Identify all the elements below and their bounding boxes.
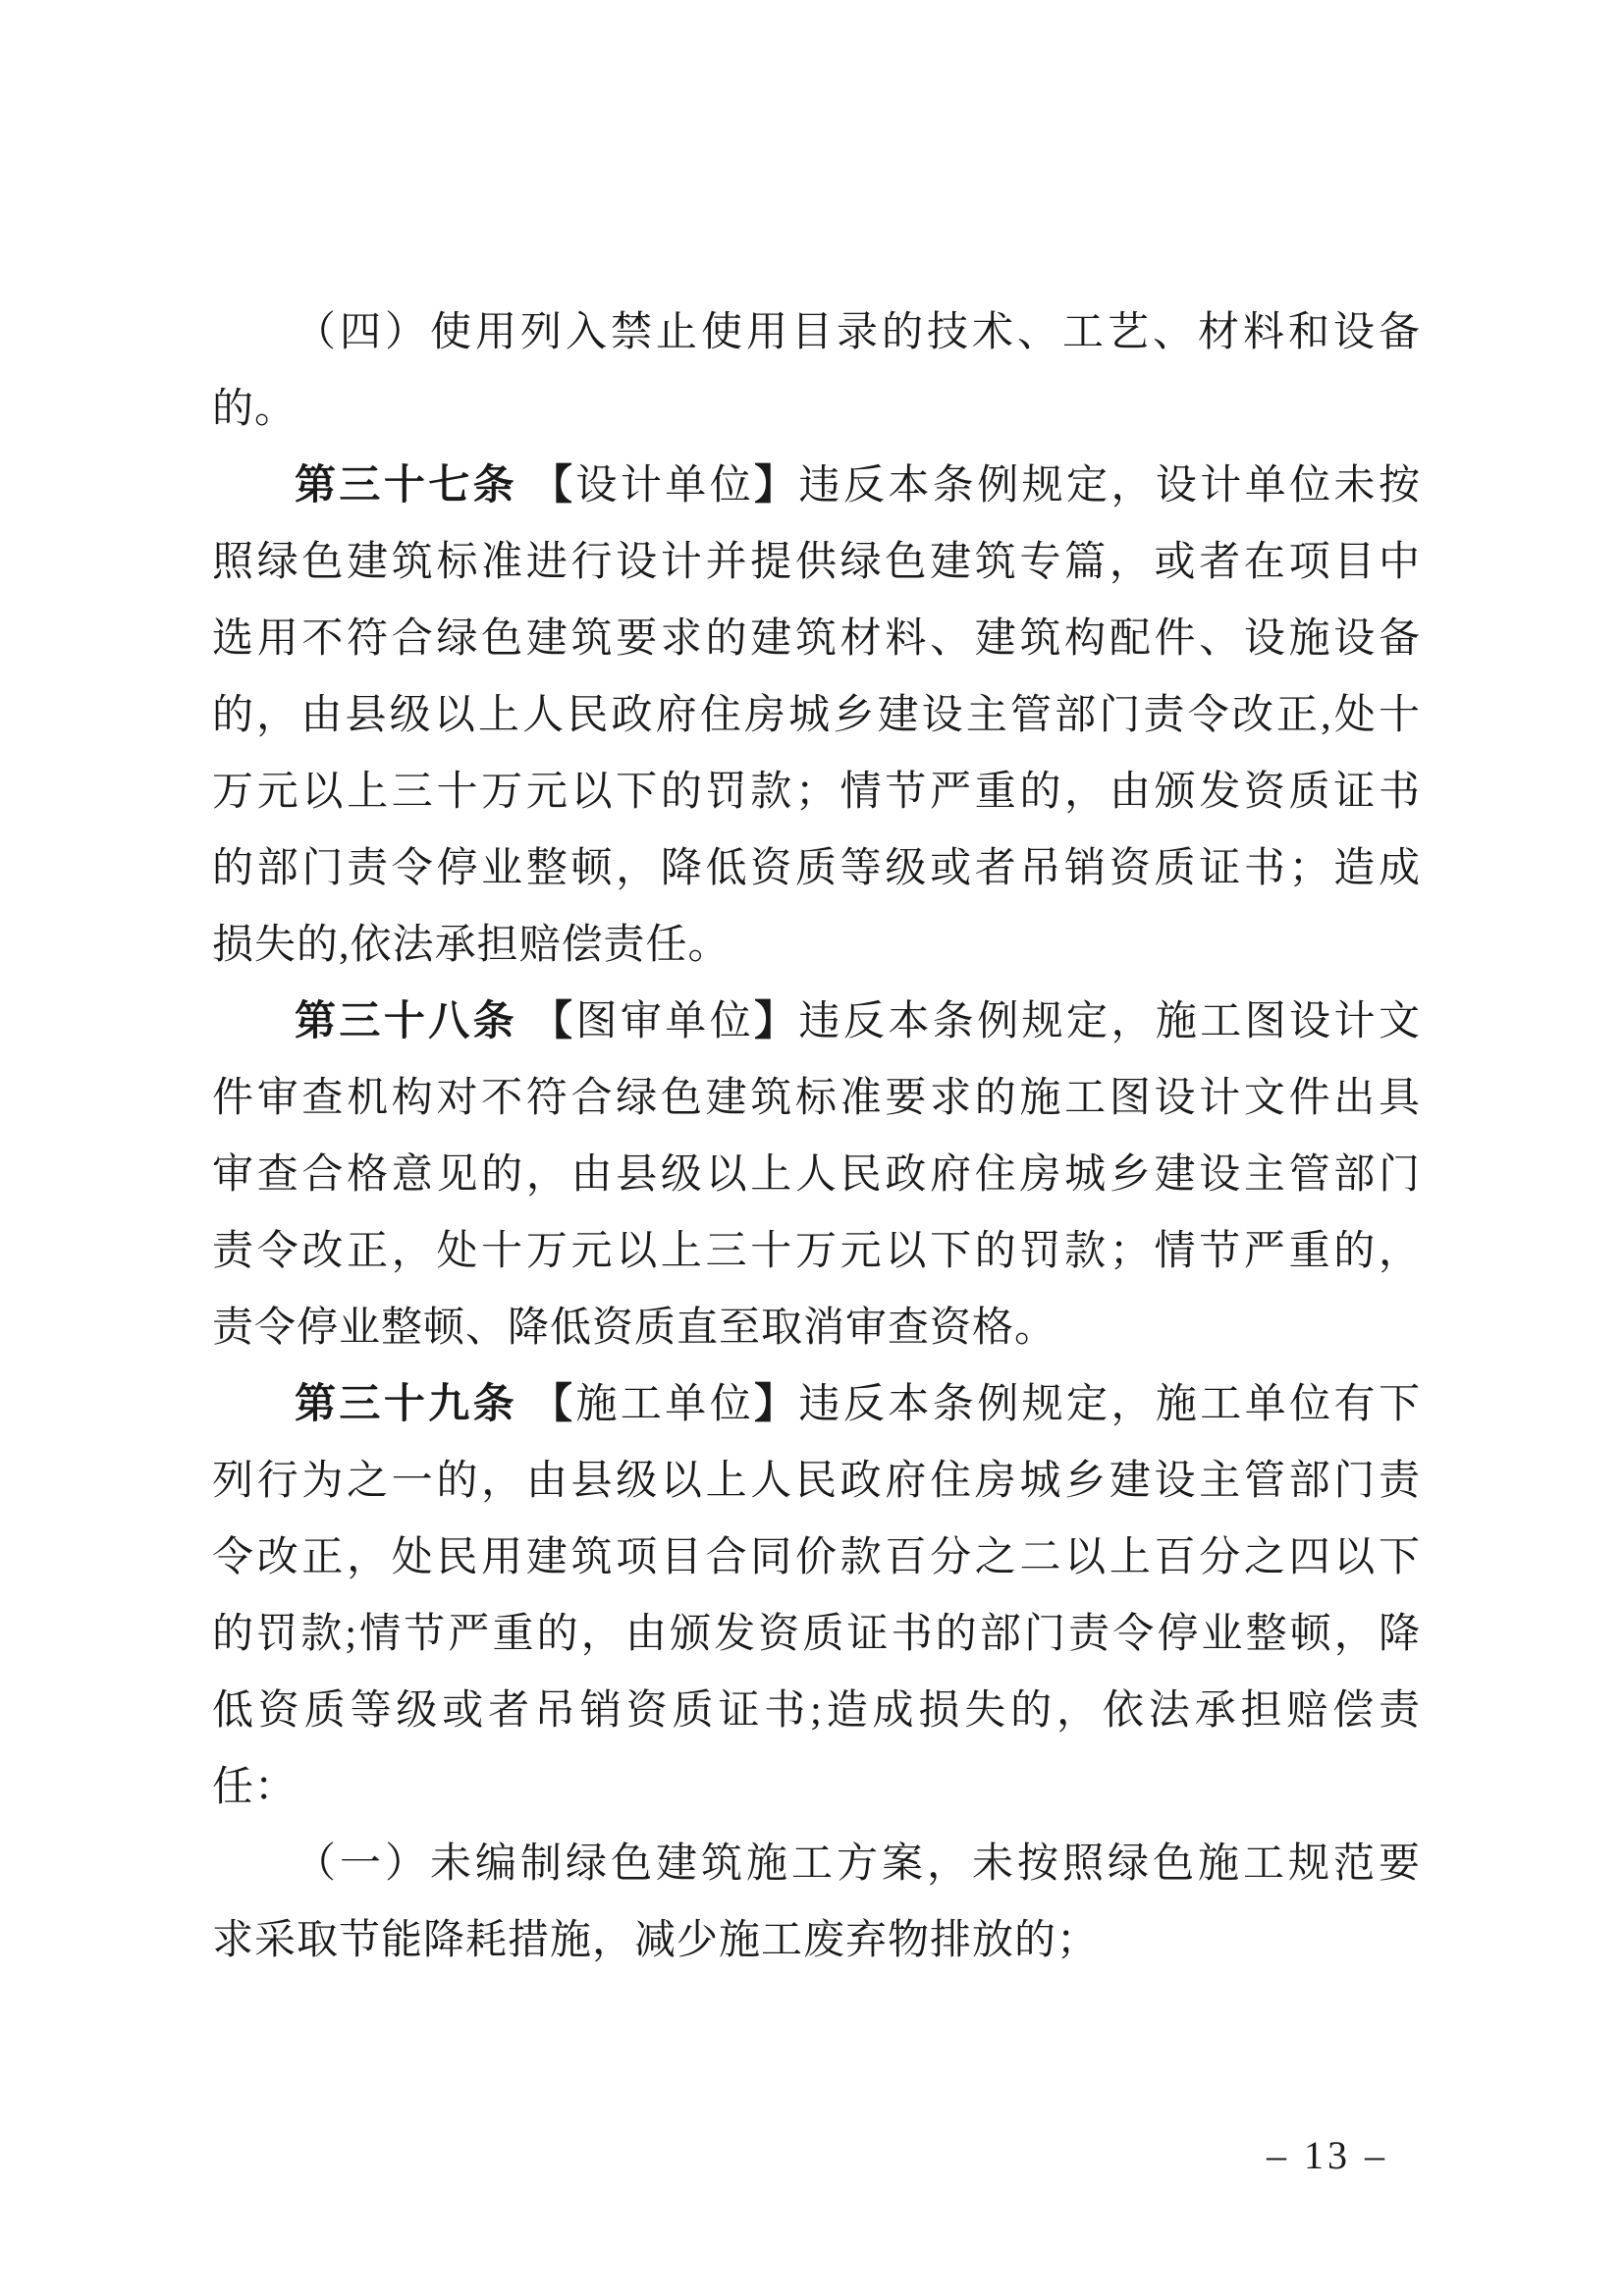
body-text — [517, 1382, 531, 1427]
body-text: 审查合格意见的，由县级以上人民政府住房城乡建设主管部门 — [212, 1152, 1420, 1198]
body-text: 违反本条例规定，施工图设计文 — [799, 999, 1420, 1044]
article-heading-text: 【 — [531, 999, 575, 1044]
text-line: 的。 — [212, 371, 1420, 448]
document-body: （四）使用列入禁止使用目录的技术、工艺、材料和设备的。第三十七条 【设计单位】违… — [212, 294, 1420, 1979]
body-text: 低资质等级或者吊销资质证书;造成损失的，依法承担赔偿责 — [212, 1688, 1420, 1734]
text-line: 第三十七条 【设计单位】违反本条例规定，设计单位未按 — [212, 448, 1420, 524]
article-heading-text: 】 — [754, 999, 798, 1044]
body-text: 责令停业整顿、降低资质直至取消审查资格。 — [212, 1306, 1056, 1351]
body-text: 选用不符合绿色建筑要求的建筑材料、建筑构配件、设施设备 — [212, 616, 1420, 662]
body-text: 图审单位 — [575, 999, 754, 1044]
body-text: 施工单位 — [575, 1382, 754, 1427]
article-heading-text: 第三十七条 — [295, 463, 517, 508]
text-line: 低资质等级或者吊销资质证书;造成损失的，依法承担赔偿责 — [212, 1673, 1420, 1749]
body-text: 的，由县级以上人民政府住房城乡建设主管部门责令改正,处十 — [212, 693, 1420, 738]
text-line: 第三十八条 【图审单位】违反本条例规定，施工图设计文 — [212, 984, 1420, 1060]
text-line: 责令停业整顿、降低资质直至取消审查资格。 — [212, 1290, 1420, 1366]
body-text: 损失的,依法承担赔偿责任。 — [212, 923, 731, 968]
text-line: 令改正，处民用建筑项目合同价款百分之二以上百分之四以下 — [212, 1520, 1420, 1596]
body-text: 的部门责令停业整顿，降低资质等级或者吊销资质证书；造成 — [212, 846, 1420, 891]
text-line: 审查合格意见的，由县级以上人民政府住房城乡建设主管部门 — [212, 1137, 1420, 1213]
text-line: 件审查机构对不符合绿色建筑标准要求的施工图设计文件出具 — [212, 1060, 1420, 1137]
text-line: 损失的,依法承担赔偿责任。 — [212, 907, 1420, 984]
text-line: 的部门责令停业整顿，降低资质等级或者吊销资质证书；造成 — [212, 830, 1420, 907]
text-line: 的，由县级以上人民政府住房城乡建设主管部门责令改正,处十 — [212, 677, 1420, 754]
text-line: （四）使用列入禁止使用目录的技术、工艺、材料和设备 — [212, 294, 1420, 371]
article-heading-text: 】 — [754, 1382, 798, 1427]
body-text: 列行为之一的，由县级以上人民政府住房城乡建设主管部门责 — [212, 1459, 1420, 1504]
body-text: 违反本条例规定，施工单位有下 — [799, 1382, 1420, 1427]
text-line: 列行为之一的，由县级以上人民政府住房城乡建设主管部门责 — [212, 1443, 1420, 1520]
text-line: 责令改正，处十万元以上三十万元以下的罚款；情节严重的， — [212, 1213, 1420, 1290]
article-heading-text: 第三十九条 — [295, 1382, 517, 1427]
document-page: （四）使用列入禁止使用目录的技术、工艺、材料和设备的。第三十七条 【设计单位】违… — [0, 0, 1624, 2296]
text-line: 任： — [212, 1749, 1420, 1826]
body-text: 任： — [212, 1765, 297, 1810]
body-text: 设计单位 — [575, 463, 754, 508]
body-text: 责令改正，处十万元以上三十万元以下的罚款；情节严重的， — [212, 1229, 1420, 1274]
body-text: 的。 — [212, 387, 297, 432]
body-text: 违反本条例规定，设计单位未按 — [799, 463, 1420, 508]
body-text: 万元以上三十万元以下的罚款；情节严重的，由颁发资质证书 — [212, 770, 1420, 815]
article-heading-text: 【 — [531, 463, 575, 508]
text-line: 照绿色建筑标准进行设计并提供绿色建筑专篇，或者在项目中 — [212, 524, 1420, 601]
body-text: 令改正，处民用建筑项目合同价款百分之二以上百分之四以下 — [212, 1535, 1420, 1580]
text-line: 求采取节能降耗措施，减少施工废弃物排放的； — [212, 1902, 1420, 1979]
text-line: 选用不符合绿色建筑要求的建筑材料、建筑构配件、设施设备 — [212, 601, 1420, 677]
body-text: 件审查机构对不符合绿色建筑标准要求的施工图设计文件出具 — [212, 1076, 1420, 1121]
text-line: 第三十九条 【施工单位】违反本条例规定，施工单位有下 — [212, 1366, 1420, 1443]
body-text: 求采取节能降耗措施，减少施工废弃物排放的； — [212, 1918, 1099, 1963]
text-line: 的罚款;情节严重的，由颁发资质证书的部门责令停业整顿，降 — [212, 1596, 1420, 1673]
article-heading-text: 第三十八条 — [295, 999, 517, 1044]
body-text: 的罚款;情节严重的，由颁发资质证书的部门责令停业整顿，降 — [212, 1612, 1420, 1657]
text-line: 万元以上三十万元以下的罚款；情节严重的，由颁发资质证书 — [212, 754, 1420, 830]
body-text — [517, 463, 531, 508]
article-heading-text: 【 — [531, 1382, 575, 1427]
body-text: 照绿色建筑标准进行设计并提供绿色建筑专篇，或者在项目中 — [212, 540, 1420, 585]
body-text: （四）使用列入禁止使用目录的技术、工艺、材料和设备 — [295, 310, 1420, 355]
body-text: （一）未编制绿色建筑施工方案，未按照绿色施工规范要 — [295, 1842, 1420, 1887]
body-text — [517, 999, 531, 1044]
text-line: （一）未编制绿色建筑施工方案，未按照绿色施工规范要 — [212, 1826, 1420, 1902]
page-number: – 13 – — [1267, 2128, 1424, 2183]
article-heading-text: 】 — [754, 463, 798, 508]
